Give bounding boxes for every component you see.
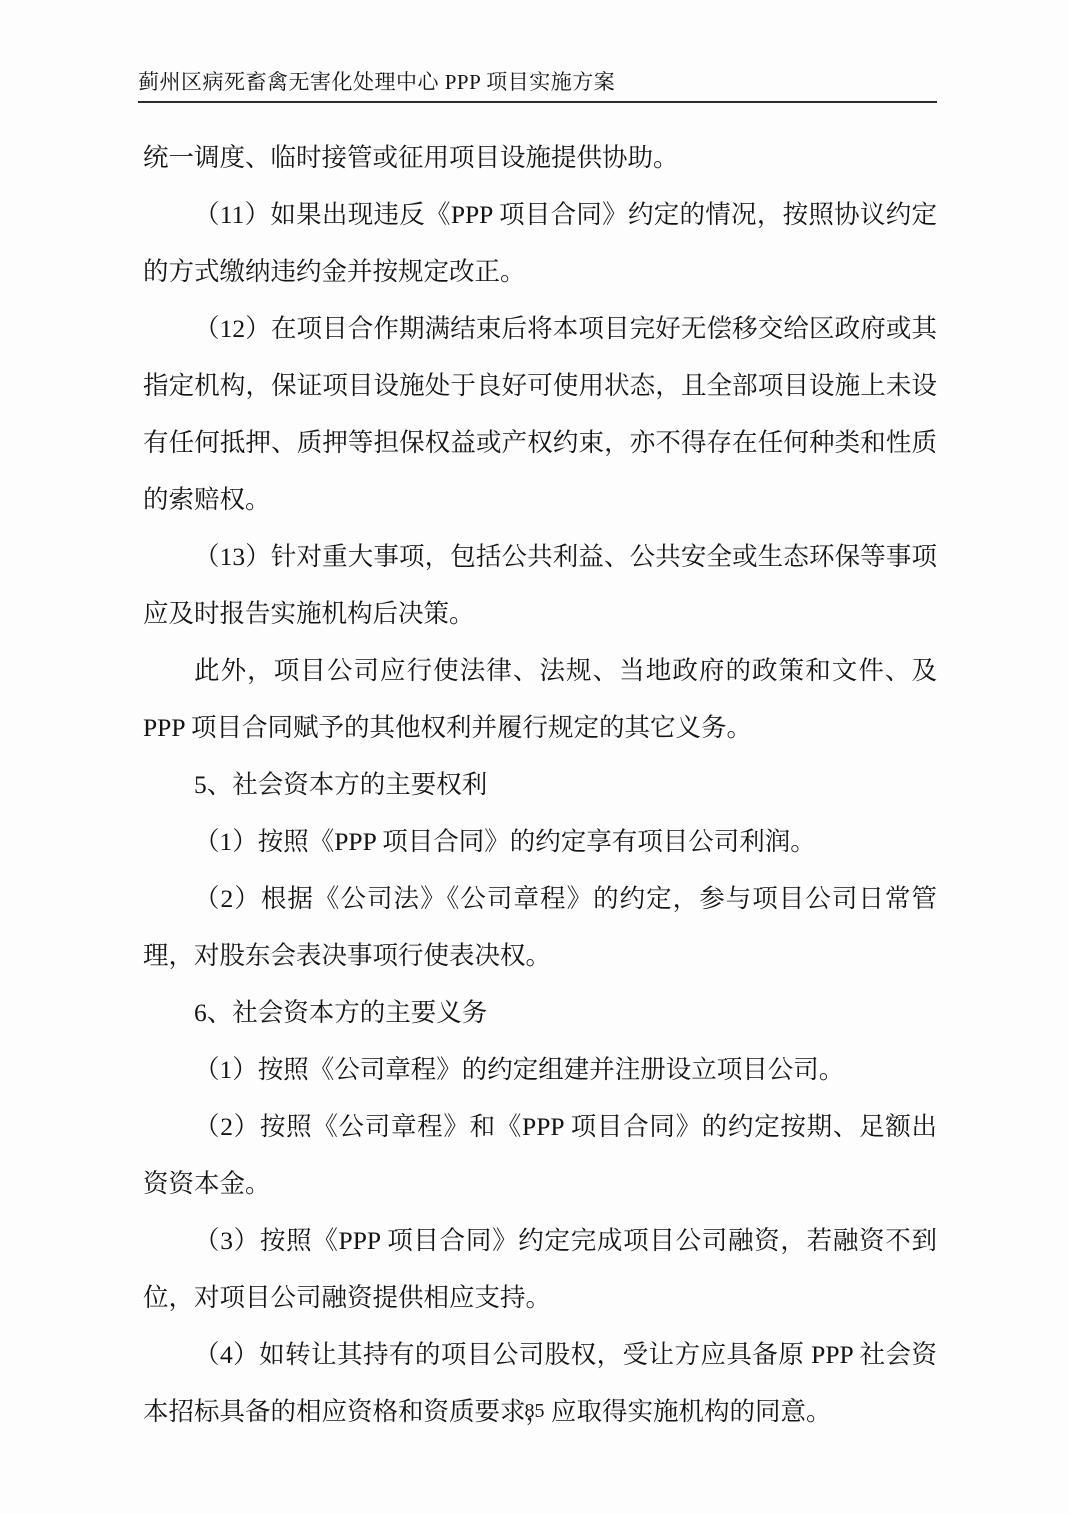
document-body: 统一调度、临时接管或征用项目设施提供协助。 （11）如果出现违反《PPP 项目合…: [143, 129, 937, 1440]
document-page: 蓟州区病死畜禽无害化处理中心 PPP 项目实施方案 统一调度、临时接管或征用项目…: [0, 0, 1069, 1514]
body-paragraph: （1）按照《公司章程》的约定组建并注册设立项目公司。: [143, 1041, 937, 1098]
section-heading-6: 6、社会资本方的主要义务: [143, 984, 937, 1041]
body-paragraph: （13）针对重大事项，包括公共利益、公共安全或生态环保等事项应及时报告实施机构后…: [143, 528, 937, 642]
document-header-title: 蓟州区病死畜禽无害化处理中心 PPP 项目实施方案: [138, 70, 937, 94]
body-paragraph: （2）按照《公司章程》和《PPP 项目合同》的约定按期、足额出资资本金。: [143, 1098, 937, 1212]
body-paragraph: （3）按照《PPP 项目合同》约定完成项目公司融资，若融资不到位，对项目公司融资…: [143, 1212, 937, 1326]
section-heading-5: 5、社会资本方的主要权利: [143, 756, 937, 813]
body-paragraph: （1）按照《PPP 项目合同》的约定享有项目公司利润。: [143, 813, 937, 870]
page-number: 85: [525, 1400, 545, 1422]
body-paragraph: 统一调度、临时接管或征用项目设施提供协助。: [143, 129, 937, 186]
page-header: 蓟州区病死畜禽无害化处理中心 PPP 项目实施方案: [138, 70, 937, 103]
body-paragraph: （2）根据《公司法》《公司章程》的约定，参与项目公司日常管理，对股东会表决事项行…: [143, 870, 937, 984]
body-paragraph: 此外，项目公司应行使法律、法规、当地政府的政策和文件、及 PPP 项目合同赋予的…: [143, 642, 937, 756]
body-paragraph: （11）如果出现违反《PPP 项目合同》约定的情况，按照协议约定的方式缴纳违约金…: [143, 186, 937, 300]
page-footer: 85: [0, 1398, 1069, 1424]
body-paragraph: （12）在项目合作期满结束后将本项目完好无偿移交给区政府或其指定机构，保证项目设…: [143, 300, 937, 528]
